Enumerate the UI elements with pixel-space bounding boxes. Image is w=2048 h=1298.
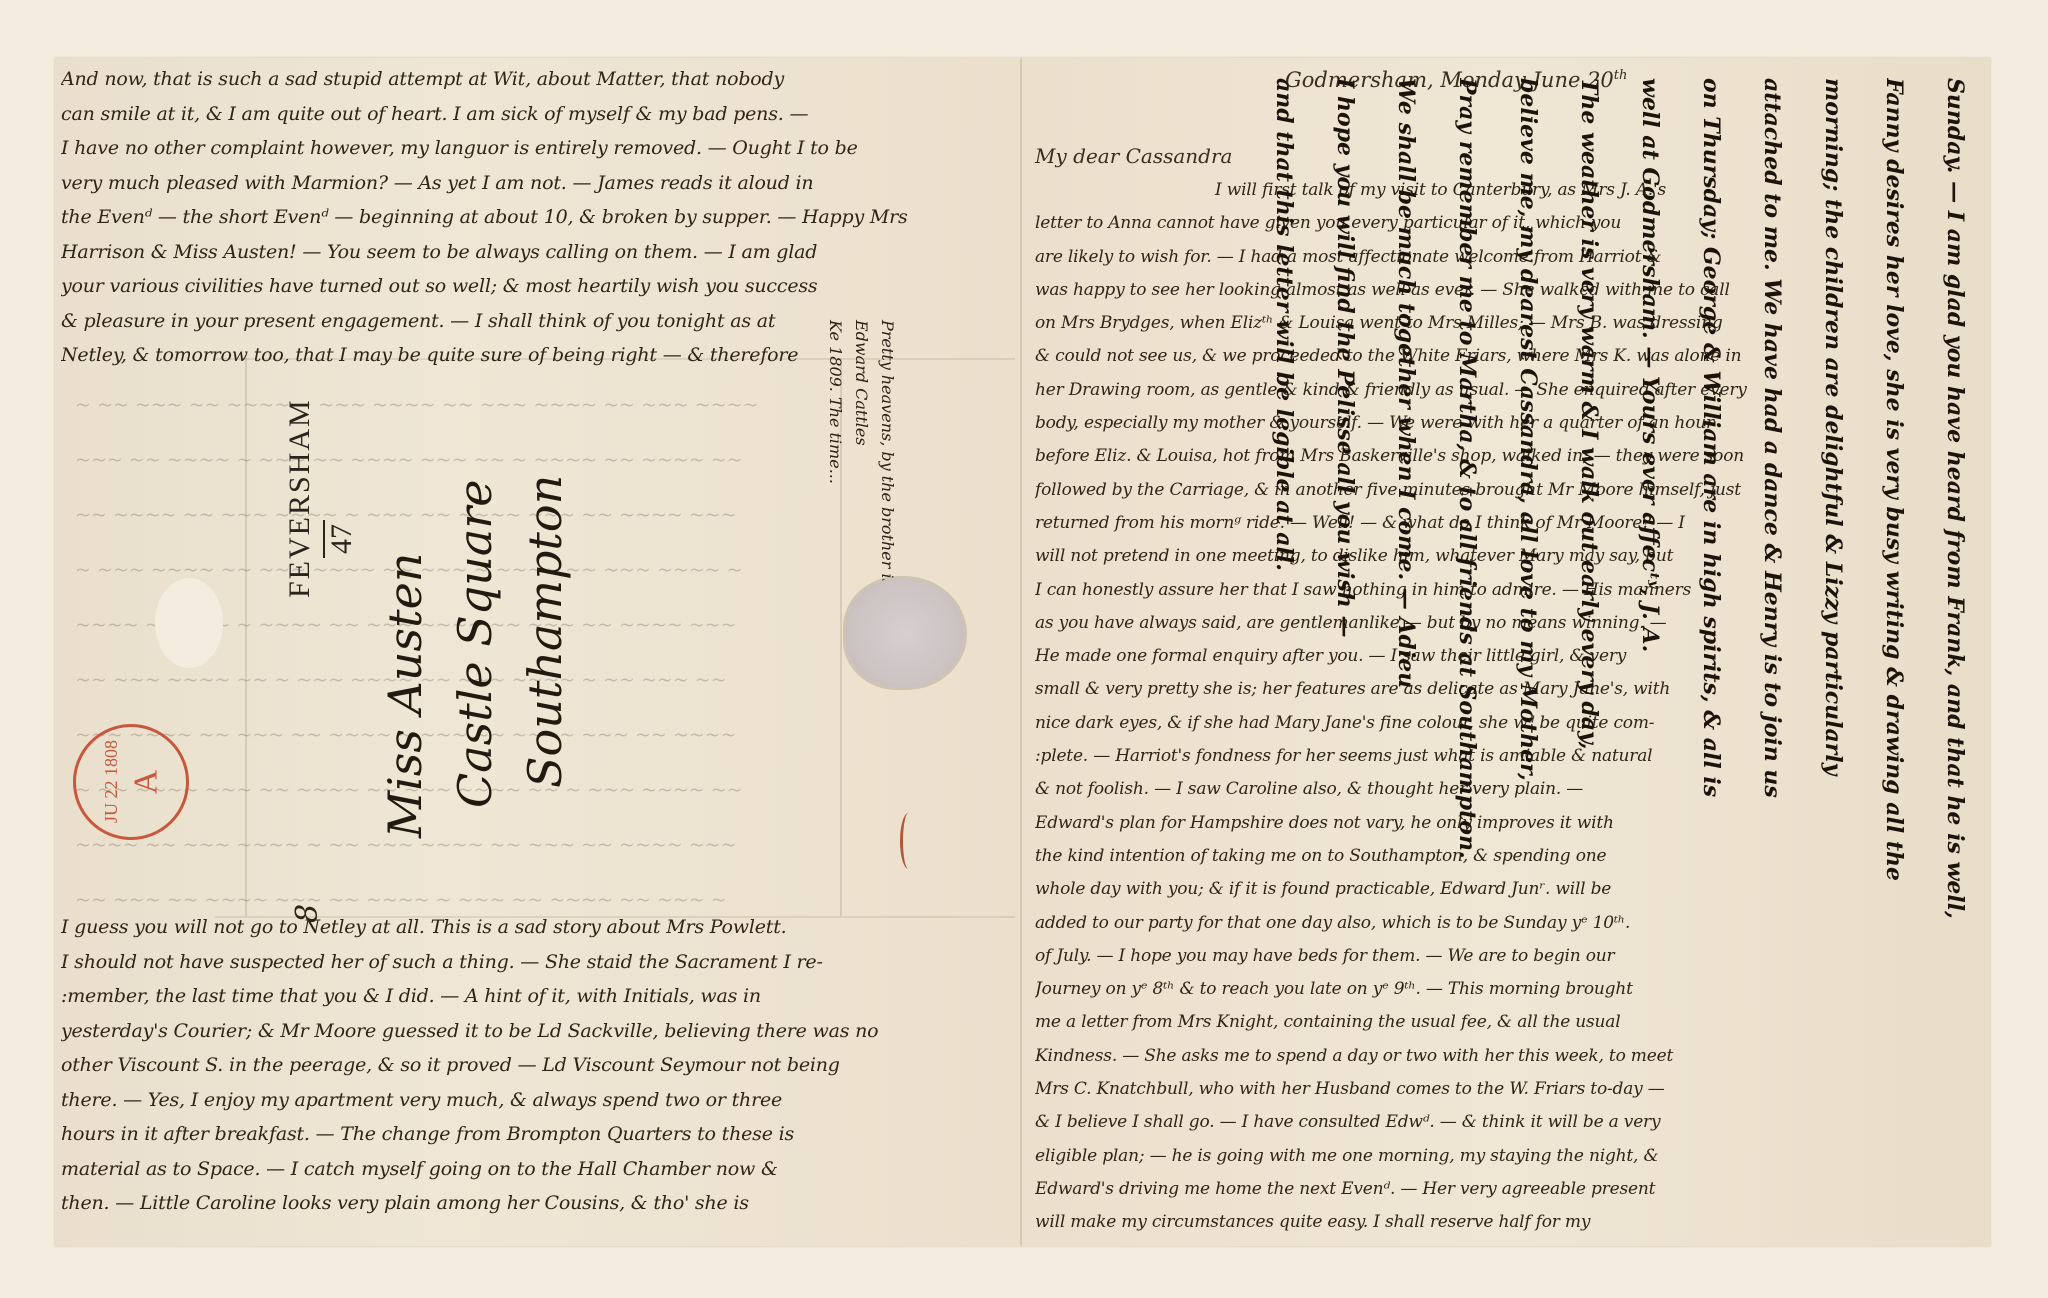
letter-sheet: And now, that is such a sad stupid attem… bbox=[55, 58, 1990, 1246]
text-line: very much pleased with Marmion? — As yet… bbox=[61, 166, 1016, 201]
right-page: Godmersham, Monday June 20th My dear Cas… bbox=[1035, 58, 1990, 1246]
cross-text-line: The weather is very warm & I walk out ea… bbox=[1558, 78, 1619, 1228]
cross-text-line: Fanny desires her love, she is very busy… bbox=[1863, 78, 1924, 1228]
torn-seal-hole bbox=[155, 578, 223, 668]
text-line: there. — Yes, I enjoy my apartment very … bbox=[61, 1083, 1016, 1118]
cross-text-line: believe me, my dearest Cassandra, all lo… bbox=[1497, 78, 1558, 1228]
center-fold bbox=[1020, 58, 1022, 1246]
cross-text-line: and that this letter will be legible at … bbox=[1253, 78, 1314, 1228]
salutation: My dear Cassandra bbox=[1035, 144, 1232, 168]
cross-text-line: morning; the children are delightful & L… bbox=[1802, 78, 1863, 1228]
text-line: I have no other complaint however, my la… bbox=[61, 131, 1016, 166]
wax-seal-remnant bbox=[845, 578, 965, 688]
text-line: other Viscount S. in the peerage, & so i… bbox=[61, 1048, 1016, 1083]
cross-text-line: I hope you will find the Pelisse all you… bbox=[1314, 78, 1375, 1228]
postmark-stamp: A JU 22 1808 bbox=[73, 724, 189, 840]
text-line: I should not have suspected her of such … bbox=[61, 945, 1016, 980]
address-street: Castle Square bbox=[440, 278, 510, 838]
postmark-date: JU 22 1808 bbox=[101, 740, 122, 823]
text-line: hours in it after breakfast. — The chang… bbox=[61, 1117, 1016, 1152]
left-page-bottom-text: I guess you will not go to Netley at all… bbox=[61, 910, 1016, 1221]
cross-text-line: attached to me. We have had a dance & He… bbox=[1741, 78, 1802, 1228]
address-recipient: Miss Austen bbox=[370, 278, 440, 838]
text-line: Harrison & Miss Austen! — You seem to be… bbox=[61, 235, 1016, 270]
cross-text-line: Sunday. — I am glad you have heard from … bbox=[1924, 78, 1985, 1228]
address-panel: Miss Austen Castle Square Southampton bbox=[260, 358, 780, 898]
text-line: And now, that is such a sad stupid attem… bbox=[61, 62, 1016, 97]
cross-text-line: Pray remember me to Martha, & to all fri… bbox=[1436, 78, 1497, 1228]
address-town: Southampton bbox=[510, 278, 580, 838]
red-ink-mark bbox=[900, 813, 917, 869]
cross-text-line: on Thursday; George & William are in hig… bbox=[1680, 78, 1741, 1228]
text-line: the Evenᵈ — the short Evenᵈ — beginning … bbox=[61, 200, 1016, 235]
postmark-letter: A bbox=[127, 770, 165, 795]
text-line: then. — Little Caroline looks very plain… bbox=[61, 1186, 1016, 1221]
text-line: I guess you will not go to Netley at all… bbox=[61, 910, 1016, 945]
cross-text-line: We shall be much together when I come. —… bbox=[1375, 78, 1436, 1228]
cross-text-line: well at Godmersham. — Yours ever affecᵗʸ… bbox=[1619, 78, 1680, 1228]
text-line: yesterday's Courier; & Mr Moore guessed … bbox=[61, 1014, 1016, 1049]
text-line: material as to Space. — I catch myself g… bbox=[61, 1152, 1016, 1187]
cross-written-text: Sunday. — I am glad you have heard from … bbox=[1253, 78, 1985, 1228]
left-page: And now, that is such a sad stupid attem… bbox=[55, 58, 1020, 1246]
text-line: can smile at it, & I am quite out of hea… bbox=[61, 97, 1016, 132]
text-line: :member, the last time that you & I did.… bbox=[61, 979, 1016, 1014]
address-block: Miss Austen Castle Square Southampton bbox=[370, 278, 790, 838]
